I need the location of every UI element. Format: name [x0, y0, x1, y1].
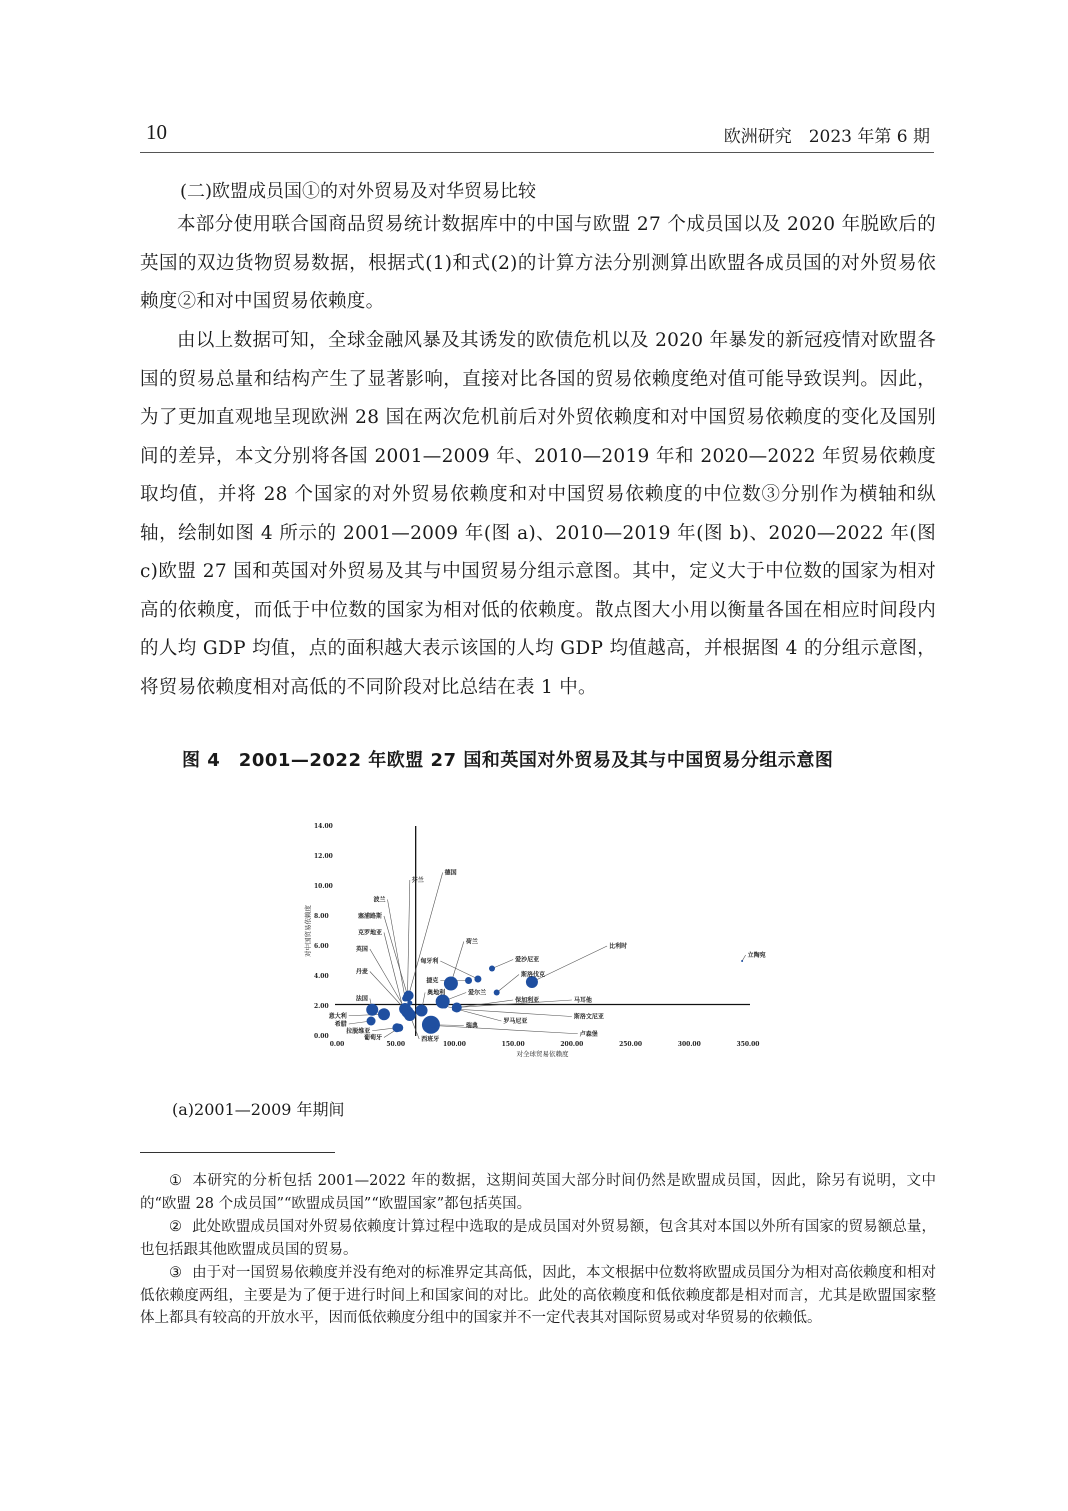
country-label: 克罗地亚	[358, 929, 382, 937]
leader-line	[370, 949, 405, 1009]
x-tick-label: 350.00	[737, 1041, 760, 1048]
country-label: 荷兰	[465, 938, 478, 946]
country-label: 波兰	[373, 896, 385, 904]
y-tick-label: 2.00	[314, 1003, 329, 1010]
data-bubble	[444, 977, 458, 991]
country-label: 爱沙尼亚	[514, 956, 539, 964]
footnotes: ①本研究的分析包括 2001—2022 年的数据，这期间英国大部分时间仍然是欧盟…	[140, 1170, 936, 1331]
x-tick-label: 300.00	[678, 1041, 701, 1048]
page-number: 10	[146, 120, 167, 145]
y-tick-label: 10.00	[314, 883, 333, 890]
country-label: 法国	[356, 995, 368, 1003]
footnote-1: ①本研究的分析包括 2001—2022 年的数据，这期间英国大部分时间仍然是欧盟…	[140, 1170, 936, 1215]
data-bubble	[395, 1024, 403, 1032]
y-axis-label: 对中国贸易依赖度	[303, 905, 312, 958]
country-label: 比利时	[609, 942, 627, 950]
x-tick-label: 250.00	[619, 1041, 642, 1048]
y-tick-label: 4.00	[314, 973, 329, 980]
leader-line	[454, 1009, 571, 1017]
country-label: 卢森堡	[579, 1030, 598, 1038]
y-tick-label: 14.00	[314, 823, 333, 830]
section-title: (二)欧盟成员国①的对外贸易及对华贸易比较	[180, 177, 536, 203]
leader-line	[497, 975, 519, 993]
country-label: 西班牙	[421, 1035, 439, 1043]
country-label: 斯洛伐克	[520, 971, 545, 979]
x-tick-label: 0.00	[330, 1041, 345, 1048]
data-bubble	[436, 995, 450, 1009]
scatter-chart: 0.002.004.006.008.0010.0012.0014.000.005…	[300, 788, 770, 1063]
data-bubble	[431, 1023, 436, 1028]
data-bubble	[452, 1007, 457, 1012]
journal-issue: 欧洲研究 2023 年第 6 期	[724, 122, 930, 147]
page-header: 10 欧洲研究 2023 年第 6 期	[140, 118, 934, 153]
x-tick-label: 50.00	[386, 1041, 405, 1048]
country-label: 匈牙利	[420, 957, 438, 965]
figure-subcaption: (a)2001—2009 年期间	[172, 1097, 345, 1120]
figure-title: 图 4 2001—2022 年欧盟 27 国和英国对外贸易及其与中国贸易分组示意…	[182, 746, 833, 772]
footnote-2: ②此处欧盟成员国对外贸易依赖度计算过程中选取的是成员国对外贸易额，包含其对本国以…	[140, 1216, 936, 1261]
country-label: 英国	[356, 945, 368, 953]
leader-line	[457, 1000, 513, 1008]
country-label: 奥地利	[427, 989, 445, 997]
data-bubble	[489, 966, 495, 972]
country-label: 马耳他	[574, 996, 592, 1004]
footnote-divider	[140, 1152, 335, 1153]
data-bubble	[378, 1008, 390, 1020]
x-tick-label: 100.00	[443, 1041, 466, 1048]
footnote-3: ③由于对一国贸易依赖度并没有绝对的标准界定其高低，因此，本文根据中位数将欧盟成员…	[140, 1262, 936, 1330]
paragraph-2: 由以上数据可知，全球金融风暴及其诱发的欧债危机以及 2020 年暴发的新冠疫情对…	[140, 322, 936, 707]
data-bubble	[741, 960, 743, 962]
country-label: 爱尔兰	[467, 989, 486, 997]
leader-line	[492, 960, 513, 969]
data-bubble	[465, 977, 472, 984]
leader-line	[433, 1026, 577, 1034]
country-label: 瑞典	[466, 1022, 479, 1030]
y-tick-label: 6.00	[314, 943, 329, 950]
y-tick-label: 8.00	[314, 913, 329, 920]
leader-line	[407, 880, 409, 997]
data-bubble	[474, 976, 481, 983]
country-label: 希腊	[335, 1020, 347, 1028]
country-label: 罗马尼亚	[503, 1017, 527, 1025]
country-label: 斯洛文尼亚	[573, 1013, 604, 1021]
x-tick-label: 200.00	[560, 1041, 583, 1048]
x-tick-label: 150.00	[502, 1041, 525, 1048]
country-label: 丹麦	[356, 968, 368, 976]
country-label: 保加利亚	[514, 996, 539, 1004]
x-axis-label: 对全球贸易依赖度	[517, 1049, 570, 1058]
leader-line	[440, 961, 478, 979]
data-bubble	[402, 996, 408, 1002]
data-bubble	[416, 1005, 428, 1017]
country-label: 芬兰	[412, 876, 424, 884]
country-label: 德国	[445, 869, 457, 877]
country-label: 塞浦路斯	[358, 912, 382, 920]
data-bubble	[367, 1017, 376, 1026]
country-label: 立陶宛	[748, 951, 766, 959]
leader-line	[742, 955, 746, 961]
data-bubble	[404, 1009, 416, 1021]
y-tick-label: 12.00	[314, 853, 333, 860]
data-bubble	[366, 1004, 378, 1016]
country-label: 捷克	[425, 977, 438, 985]
data-bubble	[494, 990, 500, 996]
country-label: 葡萄牙	[363, 1034, 382, 1042]
paragraph-1: 本部分使用联合国商品贸易统计数据库中的中国与欧盟 27 个成员国以及 2020 …	[140, 206, 936, 322]
leader-line	[384, 916, 410, 1003]
y-tick-label: 0.00	[314, 1033, 329, 1040]
country-label: 意大利	[329, 1012, 347, 1020]
